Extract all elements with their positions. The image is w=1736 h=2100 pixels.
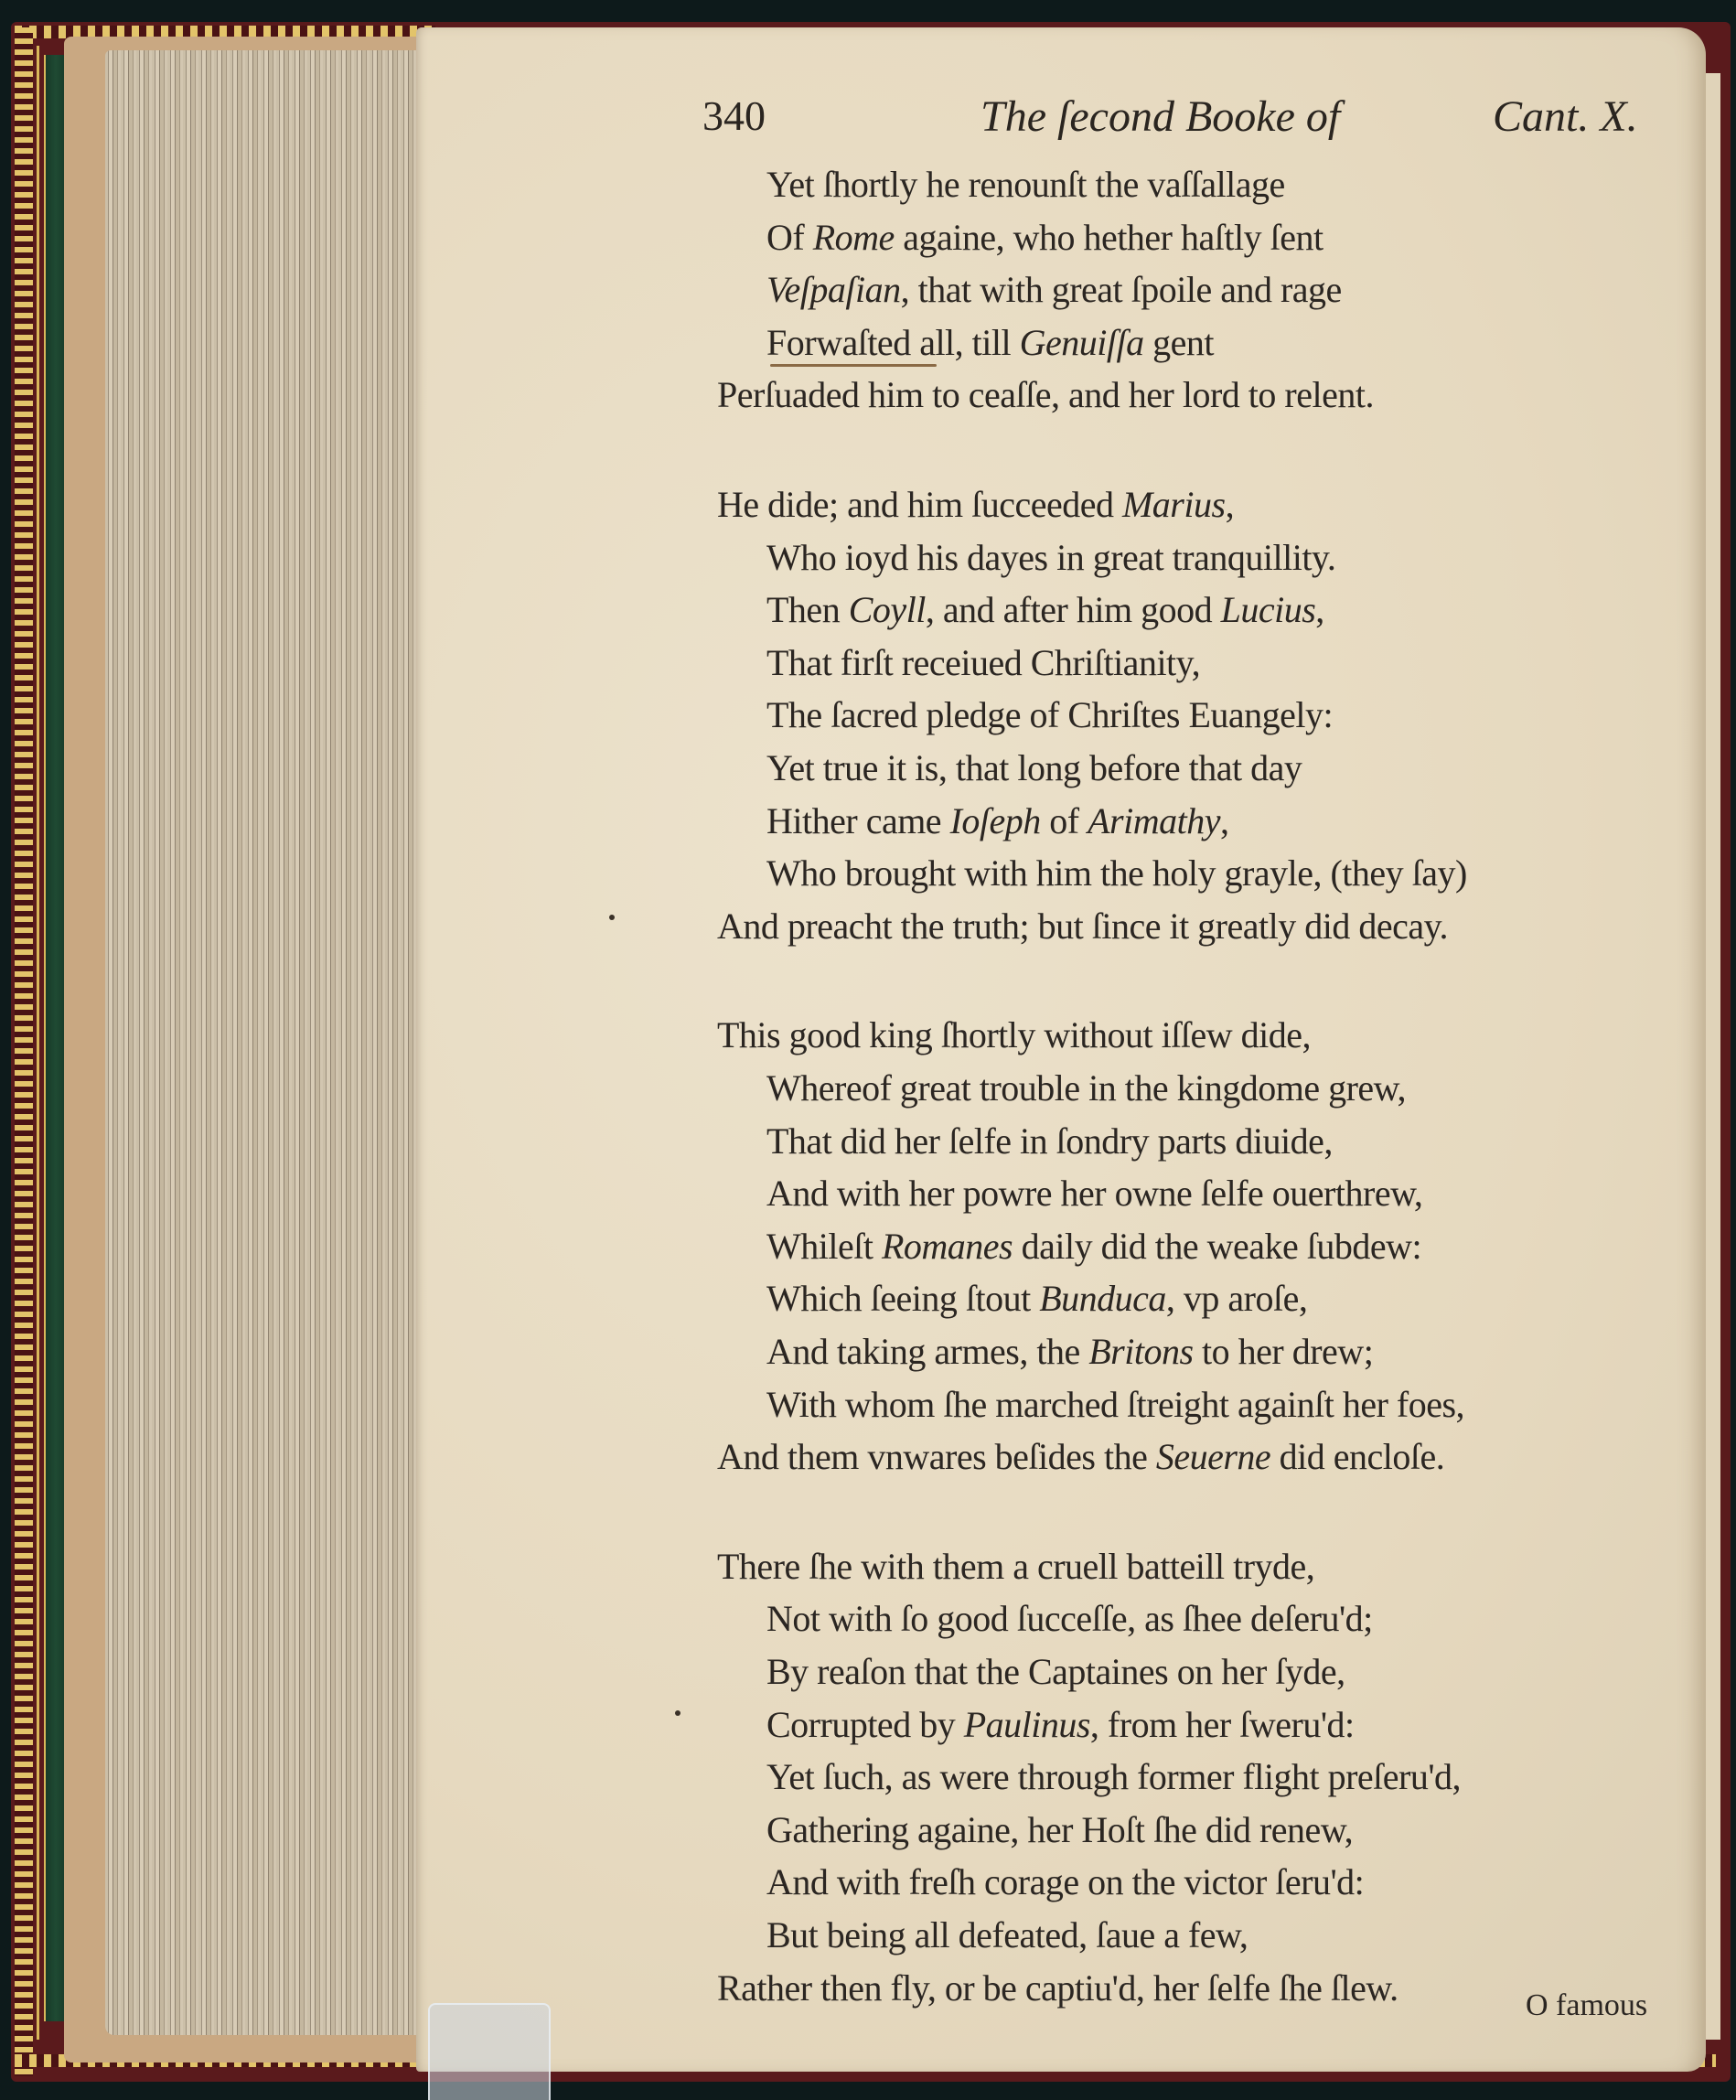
poem-line: And with freſh corage on the victor ſeru…	[766, 1860, 1364, 1904]
poem-line: Corrupted by Paulinus, from her ſweru'd:	[766, 1703, 1355, 1747]
poem-line: But being all defeated, ſaue a few,	[766, 1913, 1248, 1957]
poem-line: Who ioyd his dayes in great tranquillity…	[766, 536, 1335, 580]
poem-line: And them vnwares beſides the Seuerne did…	[717, 1435, 1444, 1479]
poem-line: Hither came Ioſeph of Arimathy,	[766, 799, 1228, 843]
poem-line: And preacht the truth; but ſince it grea…	[717, 905, 1448, 948]
poem-line: Who brought with him the holy grayle, (t…	[766, 852, 1467, 895]
catchword: O famous	[1526, 1988, 1647, 2023]
poem-line: Yet true it is, that long before that da…	[766, 746, 1302, 790]
poem-line: The ſacred pledge of Chriſtes Euangely:	[766, 693, 1333, 737]
poem-line: Of Rome againe, who hether haſtly ſent	[766, 216, 1323, 260]
poem-line: And taking armes, the Britons to her dre…	[766, 1330, 1373, 1374]
poem-line: Perſuaded him to ceaſſe, and her lord to…	[717, 373, 1374, 417]
poem-line: Rather then fly, or be captiu'd, her ſel…	[717, 1966, 1398, 2010]
poem-line: Yet ſhortly he renounſt the vaſſallage	[766, 163, 1285, 207]
poem-line: Yet ſuch, as were through former flight …	[766, 1755, 1461, 1799]
poem-line: With whom ſhe marched ſtreight againſt h…	[766, 1383, 1464, 1427]
poem-line: Not with ſo good ſucceſſe, as ſhee deſer…	[766, 1597, 1373, 1641]
poem-line: There ſhe with them a cruell batteill tr…	[717, 1545, 1314, 1589]
poem-line: By reaſon that the Captaines on her ſyde…	[766, 1650, 1345, 1694]
poem-line: Which ſeeing ſtout Bunduca, vp aroſe,	[766, 1277, 1307, 1321]
poem-line: And with her powre her owne ſelfe ouerth…	[766, 1172, 1422, 1216]
poem-line: Gathering againe, her Hoſt ſhe did renew…	[766, 1808, 1353, 1852]
poem-line: Whileſt Romanes daily did the weake ſubd…	[766, 1225, 1421, 1269]
poem-line: Forwaſted all, till Genuiſſa gent	[766, 321, 1214, 365]
page-clip	[428, 2003, 551, 2100]
poem-line: Then Coyll, and after him good Lucius,	[766, 588, 1324, 632]
poem-line: That did her ſelfe in ſondry parts diuid…	[766, 1120, 1333, 1163]
poem-line: That firſt receiued Chriſtianity,	[766, 641, 1200, 685]
poem-line: He dide; and him ſucceeded Marius,	[717, 483, 1234, 527]
poem-line: Veſpaſian, that with great ſpoile and ra…	[766, 268, 1342, 312]
poem-text: Yet ſhortly he renounſt the vaſſallageOf…	[0, 0, 1736, 2100]
poem-line: This good king ſhortly without iſſew did…	[717, 1013, 1311, 1057]
poem-line: Whereof great trouble in the kingdome gr…	[766, 1066, 1406, 1110]
